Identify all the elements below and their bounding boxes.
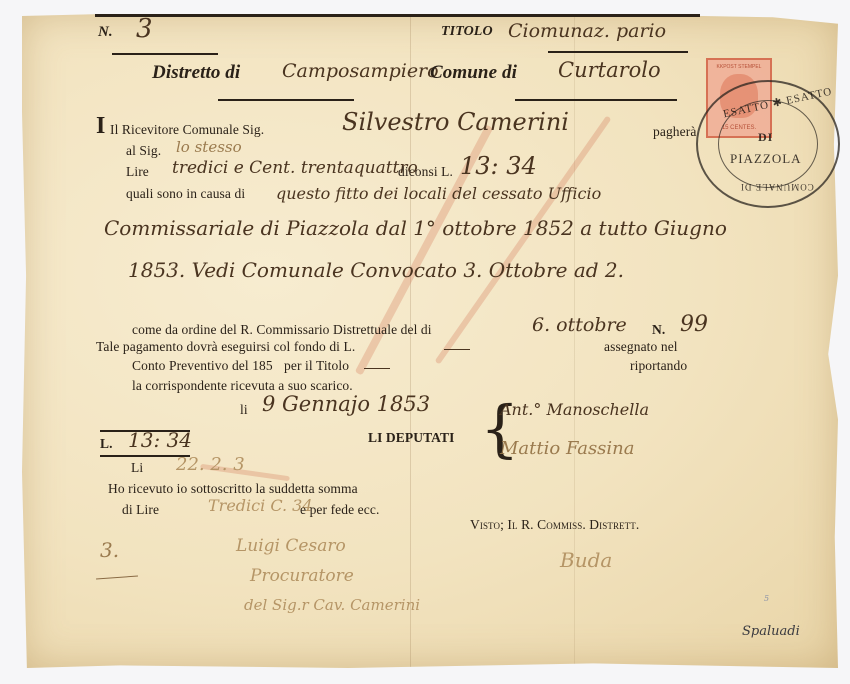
conto-line: Conto Preventivo del 185 <box>132 358 273 374</box>
stamp-top-text: KKPOST STEMPEL <box>711 64 767 70</box>
al-sig-label: al Sig. <box>126 143 161 159</box>
lire-label: Lire <box>126 164 149 180</box>
causa-line-1: questo fitto dei locali del cessato Uffi… <box>276 184 601 203</box>
dash <box>444 349 470 350</box>
conto-titolo: per il Titolo <box>284 358 349 374</box>
ordine-label: come da ordine del R. Commissario Distre… <box>132 322 432 338</box>
deputato-2-signature: Mattio Fassina <box>500 438 635 459</box>
riportando-label: riportando <box>630 358 687 374</box>
distretto-underline <box>218 99 354 101</box>
dash <box>364 368 390 369</box>
postmark-city: PIAZZOLA <box>730 151 802 167</box>
per-fede-label: e per fede ecc. <box>300 502 379 518</box>
assegnato-label: assegnato nel <box>604 339 678 355</box>
paghera-label: pagherà <box>653 124 696 140</box>
li-label: li <box>240 402 248 418</box>
ricevitore-value: Silvestro Camerini <box>342 108 569 136</box>
causa-line-3: 1853. Vedi Comunale Convocato 3. Ottobre… <box>128 258 624 282</box>
distretto-value: Camposampiero <box>282 60 439 82</box>
ricevitore-label: Il Ricevitore Comunale Sig. <box>110 122 264 138</box>
ordine-date: 6. ottobre <box>532 314 627 336</box>
distretto-label: Distretto di <box>152 62 240 84</box>
deputato-1-signature: Ant.° Manoschella <box>500 400 649 419</box>
comune-value: Curtarolo <box>558 58 661 82</box>
number-label: N. <box>98 24 113 41</box>
bottom-signature: Spaluadi <box>742 624 800 639</box>
al-sig-value: lo stesso <box>176 138 242 156</box>
signature-line-3: del Sig.r Cav. Camerini <box>244 596 420 614</box>
diconsi-label: diconsi L. <box>398 164 453 180</box>
pagamento-line: Tale pagamento dovrà eseguirsi col fondo… <box>96 339 355 355</box>
pencil-mark: 5 <box>764 594 769 603</box>
titolo-label: TITOLO <box>441 24 493 40</box>
titolo-value: Ciomunaz. pario <box>508 20 666 42</box>
postmark-di: DI <box>758 130 773 145</box>
date-value: 9 Gennajo 1853 <box>262 392 430 416</box>
commissario-signature: Buda <box>560 548 612 572</box>
top-rule <box>95 14 700 17</box>
visto-label: Visto; Il R. Commiss. Distrett. <box>470 517 639 533</box>
causa-label: quali sono in causa di <box>126 186 245 202</box>
postmark-bottom-text: COMUNALE DI <box>740 182 814 192</box>
signature-line-1: Luigi Cesaro <box>236 536 346 556</box>
ordine-n-label: N. <box>652 322 665 338</box>
di-lire-label: di Lire <box>122 502 159 518</box>
li2-value: 22. 2. 3 <box>176 454 245 475</box>
amount-label: L. <box>100 436 113 452</box>
signature-line-2: Procuratore <box>250 566 354 586</box>
deputati-label: LI DEPUTATI <box>368 430 455 446</box>
titolo-underline <box>548 51 688 53</box>
lire-value: tredici e Cent. trentaquattro <box>172 158 418 178</box>
ordine-n-value: 99 <box>680 312 708 337</box>
di-lire-value: Tredici C. 34 <box>208 496 313 515</box>
receipt-number: 3. <box>100 538 119 562</box>
number-underline <box>112 53 218 55</box>
comune-underline <box>515 99 677 101</box>
li2-label: Li <box>131 460 143 476</box>
number-value: 3 <box>136 14 153 44</box>
causa-line-2: Commissariale di Piazzola dal 1° ottobre… <box>104 216 727 240</box>
amount-value: 13: 34 <box>128 428 192 452</box>
comune-label: Comune di <box>430 62 517 84</box>
drop-cap-i: I <box>96 113 105 140</box>
ricevuto-line: Ho ricevuto io sottoscritto la suddetta … <box>108 481 358 497</box>
diconsi-value: 13: 34 <box>460 152 537 180</box>
